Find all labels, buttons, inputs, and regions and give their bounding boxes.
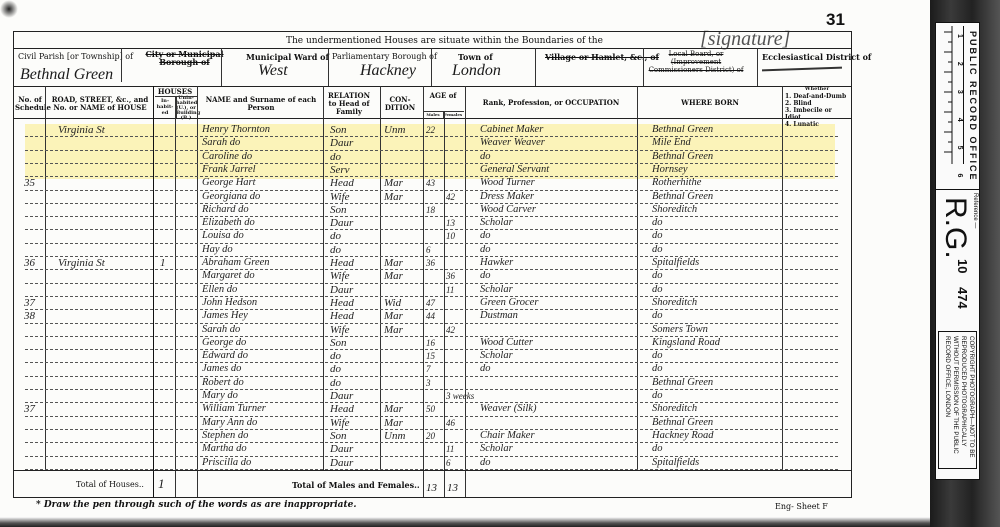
cell-age-male: 20 (426, 429, 435, 443)
cell-age-male: 44 (426, 309, 435, 323)
row-rule (25, 389, 838, 390)
cell-age-female: 11 (446, 283, 454, 297)
cell-age-male: 47 (426, 296, 435, 310)
row-rule (25, 243, 838, 244)
cell-relation: Wife (330, 323, 350, 337)
cell-relation: Head (330, 309, 354, 323)
cell-condition: Mar (384, 269, 403, 283)
cell-name: Mary Ann do (202, 416, 257, 430)
census-page: 31 The undermentioned Houses are situate… (0, 0, 930, 527)
ruler-scale: 123456 (953, 26, 964, 164)
cell-where-born: Shoreditch (652, 296, 697, 310)
cell-road: Virginia St (58, 256, 105, 270)
cell-name: Robert do (202, 376, 244, 390)
cell-relation: Head (330, 296, 354, 310)
cell-name: Frank Jarrel (202, 163, 256, 177)
cell-where-born: Bethnal Green (652, 376, 713, 390)
archive-reference-tag: 123456 PUBLIC RECORD OFFICE Reference — … (935, 22, 980, 480)
piece-number: 474 (955, 287, 970, 309)
village-label: Village or Hamlet, &c., of (545, 52, 659, 62)
cell-name: Abraham Green (202, 256, 270, 270)
cell-relation: Son (330, 336, 347, 350)
series-code: R.G. (938, 197, 972, 259)
cell-relation: Daur (330, 216, 353, 230)
cell-name: George do (202, 336, 246, 350)
cell-relation: Wife (330, 190, 350, 204)
cell-relation: Son (330, 203, 347, 217)
cell-relation: do (330, 376, 341, 390)
cell-age-female: 13 (446, 216, 455, 230)
cell-where-born: Kingsland Road (652, 336, 720, 350)
cell-age-male: 43 (426, 176, 435, 190)
row-rule (25, 362, 838, 363)
cell-where-born: do (652, 442, 663, 456)
col-condition: CON-DITION (380, 96, 420, 112)
cell-age-male: 7 (426, 362, 431, 376)
row-rule (25, 323, 838, 324)
cell-occupation: Weaver (Silk) (480, 402, 536, 416)
cell-name: Priscilla do (202, 456, 251, 470)
cell-where-born: do (652, 229, 663, 243)
cell-relation: do (330, 243, 341, 257)
whether-label: Whether (785, 86, 849, 93)
cell-age-female: 10 (446, 229, 455, 243)
cell-occupation: Green Grocer (480, 296, 538, 310)
cell-condition: Mar (384, 416, 403, 430)
cell-name: Ellen do (202, 283, 237, 297)
cell-name: Louisa do (202, 229, 244, 243)
cell-where-born: Hornsey (652, 163, 688, 177)
cell-schedule: 36 (24, 256, 35, 270)
row-rule (25, 150, 838, 151)
cell-relation: Son (330, 123, 347, 137)
cell-age-female: 46 (446, 416, 455, 430)
cell-condition: Wid (384, 296, 401, 310)
cell-relation: Head (330, 256, 354, 270)
cell-relation: do (330, 362, 341, 376)
cell-where-born: Shoreditch (652, 203, 697, 217)
cell-occupation: Wood Cutter (480, 336, 533, 350)
cell-name: Hay do (202, 243, 233, 257)
cell-where-born: Bethnal Green (652, 416, 713, 430)
cell-occupation: Wood Carver (480, 203, 536, 217)
ecclesiastical-district-label: Ecclesiastical District of (762, 52, 871, 62)
cell-where-born: do (652, 283, 663, 297)
sheet-label: Eng- Sheet F (775, 502, 828, 511)
row-rule (25, 376, 838, 377)
cell-name: Mary do (202, 389, 238, 403)
cell-age-female: 42 (446, 190, 455, 204)
cell-where-born: Bethnal Green (652, 150, 713, 164)
parliamentary-borough-label: Parliamentary Borough of (332, 52, 437, 61)
cell-schedule: 38 (24, 309, 35, 323)
total-houses-value: 1 (158, 476, 165, 492)
cell-where-born: do (652, 243, 663, 257)
cell-name: Sarah do (202, 323, 240, 337)
col-age: AGE of (423, 92, 463, 100)
cell-name: John Hedson (202, 296, 257, 310)
cell-condition: Mar (384, 190, 403, 204)
cell-relation: Wife (330, 269, 350, 283)
cell-occupation: Scholar (480, 216, 513, 230)
municipal-ward-label: Municipal Ward of (246, 52, 329, 62)
cell-relation: Daur (330, 136, 353, 150)
whether-option: 1. Deaf-and-Dumb (785, 93, 849, 100)
reference-label: Reference — (972, 193, 978, 228)
cell-age-male: 15 (426, 349, 435, 363)
cell-name: Caroline do (202, 150, 252, 164)
cell-where-born: Spitalfields (652, 456, 699, 470)
cell-schedule: 37 (24, 296, 35, 310)
cell-occupation: do (480, 362, 491, 376)
row-rule (25, 416, 838, 417)
cell-where-born: do (652, 309, 663, 323)
col-inhabited: In-habit-ed (155, 98, 175, 116)
cell-name: George Hart (202, 176, 256, 190)
cell-age-male: 22 (426, 123, 435, 137)
whether-option: 2. Blind (785, 100, 849, 107)
copyright-box: COPYRIGHT PHOTOGRAPH—NOT TO BE REPRODUCE… (938, 331, 977, 469)
sheet-number: 31 (826, 10, 845, 30)
row-rule (25, 216, 838, 217)
ruler-icon (939, 26, 953, 164)
scan-edge (0, 517, 930, 527)
cell-name: Henry Thornton (202, 123, 270, 137)
row-rule (25, 136, 838, 137)
cell-where-born: do (652, 349, 663, 363)
cell-name: Richard do (202, 203, 249, 217)
office-label: PUBLIC RECORD OFFICE (968, 31, 978, 182)
cell-where-born: Spitalfields (652, 256, 699, 270)
cell-occupation: Cabinet Maker (480, 123, 543, 137)
cell-relation: Wife (330, 416, 350, 430)
cell-relation: Daur (330, 389, 353, 403)
cell-name: Georgiana do (202, 190, 260, 204)
col-whether: Whether 1. Deaf-and-Dumb 2. Blind 3. Imb… (785, 86, 849, 128)
municipal-borough-label: City or Municipal Borough of (142, 50, 227, 66)
cell-schedule: 37 (24, 402, 35, 416)
cell-age-male: 18 (426, 203, 435, 217)
cell-condition: Mar (384, 176, 403, 190)
cell-where-born: Shoreditch (652, 402, 697, 416)
cell-occupation: Hawker (480, 256, 513, 270)
cell-age-female: 42 (446, 323, 455, 337)
cell-occupation: do (480, 269, 491, 283)
cell-age-female: 6 (446, 456, 451, 470)
cell-age-female: 11 (446, 442, 454, 456)
cell-condition: Unm (384, 429, 405, 443)
cell-name: William Turner (202, 402, 266, 416)
row-rule (25, 229, 838, 230)
cell-where-born: do (652, 269, 663, 283)
cell-name: Martha do (202, 442, 247, 456)
cell-age-male: 50 (426, 402, 435, 416)
row-rule (25, 190, 838, 191)
cell-relation: do (330, 150, 341, 164)
cell-age-male: 16 (426, 336, 435, 350)
cell-relation: Son (330, 429, 347, 443)
cell-condition: Mar (384, 402, 403, 416)
civil-parish-label: Civil Parish [or Township] of (18, 52, 133, 61)
cell-name: James Hey (202, 309, 248, 323)
cell-occupation: Scholar (480, 442, 513, 456)
cell-where-born: Rotherhithe (652, 176, 701, 190)
town-value: London (452, 62, 501, 80)
row-rule (25, 283, 838, 284)
cell-occupation: Chair Maker (480, 429, 535, 443)
total-houses-label: Total of Houses.. (76, 480, 144, 489)
cell-age-female: 36 (446, 269, 455, 283)
municipal-ward-value: West (258, 62, 288, 80)
cell-age-female: 3 weeks (446, 389, 474, 403)
col-road: ROAD, STREET, &c., and No. or NAME of HO… (48, 96, 152, 112)
cell-occupation: Wood Turner (480, 176, 535, 190)
col-name: NAME and Surname of each Person (200, 96, 322, 112)
local-board-label: Local Board, or (Improvement Commissione… (646, 50, 746, 74)
cell-age-male: 6 (426, 243, 431, 257)
cell-age-male: 36 (426, 256, 435, 270)
cell-occupation: Dustman (480, 309, 518, 323)
col-age-males: Males (423, 112, 443, 117)
cell-occupation: do (480, 456, 491, 470)
cell-condition: Mar (384, 309, 403, 323)
cell-schedule: 35 (24, 176, 35, 190)
cell-name: James do (202, 362, 241, 376)
cell-road: Virginia St (58, 123, 105, 137)
cell-where-born: do (652, 362, 663, 376)
col-where-born: WHERE BORN (640, 99, 780, 107)
ruler-numbers: 123456 (956, 34, 963, 201)
row-rule (25, 163, 838, 164)
cell-age-male: 3 (426, 376, 431, 390)
cell-name: Sarah do (202, 136, 240, 150)
cell-where-born: Somers Town (652, 323, 708, 337)
cell-relation: Serv (330, 163, 350, 177)
cell-condition: Mar (384, 256, 403, 270)
cell-relation: do (330, 229, 341, 243)
cell-where-born: Bethnal Green (652, 190, 713, 204)
cell-relation: Head (330, 402, 354, 416)
scan-mark (0, 0, 18, 18)
whether-option: 4. Lunatic (785, 121, 849, 128)
cell-relation: do (330, 349, 341, 363)
parliamentary-borough-value: Hackney (360, 62, 416, 80)
cell-name: Edward do (202, 349, 248, 363)
cell-relation: Daur (330, 283, 353, 297)
civil-parish-value: Bethnal Green (20, 66, 113, 84)
header-banner: The undermentioned Houses are situate wi… (286, 36, 603, 46)
col-schedule: No. of Schedule (15, 96, 45, 112)
cell-condition: Unm (384, 123, 405, 137)
cell-where-born: do (652, 389, 663, 403)
cell-occupation: do (480, 229, 491, 243)
cell-name: Margaret do (202, 269, 255, 283)
cell-where-born: Bethnal Green (652, 123, 713, 137)
cell-inhabited: 1 (160, 256, 166, 270)
cell-occupation: do (480, 243, 491, 257)
col-occupation: Rank, Profession, or OCCUPATION (466, 99, 636, 107)
class-number: 10 (955, 259, 970, 273)
col-age-females: Females (443, 112, 463, 117)
cell-relation: Daur (330, 456, 353, 470)
cell-name: Elizabeth do (202, 216, 255, 230)
row-rule (25, 456, 838, 457)
total-persons-label: Total of Males and Females.. (292, 480, 420, 490)
cell-occupation: General Servant (480, 163, 549, 177)
cell-occupation: do (480, 150, 491, 164)
col-relation: RELATION to Head of Family (324, 92, 374, 116)
row-rule (25, 269, 838, 270)
total-males: 13 (426, 482, 437, 494)
copyright-notice: COPYRIGHT PHOTOGRAPH—NOT TO BE REPRODUCE… (943, 336, 975, 466)
footnote: * Draw the pen through such of the words… (36, 500, 357, 510)
total-females: 13 (447, 482, 458, 494)
cell-relation: Head (330, 176, 354, 190)
cell-occupation: Scholar (480, 349, 513, 363)
row-rule (25, 442, 838, 443)
cell-occupation: Scholar (480, 283, 513, 297)
cell-name: Stephen do (202, 429, 248, 443)
cell-occupation: Dress Maker (480, 190, 534, 204)
cell-relation: Daur (330, 442, 353, 456)
cell-where-born: do (652, 216, 663, 230)
cell-where-born: Mile End (652, 136, 691, 150)
town-label: Town of (458, 52, 493, 62)
cell-condition: Mar (384, 323, 403, 337)
cell-where-born: Hackney Road (652, 429, 714, 443)
cell-occupation: Weaver Weaver (480, 136, 545, 150)
